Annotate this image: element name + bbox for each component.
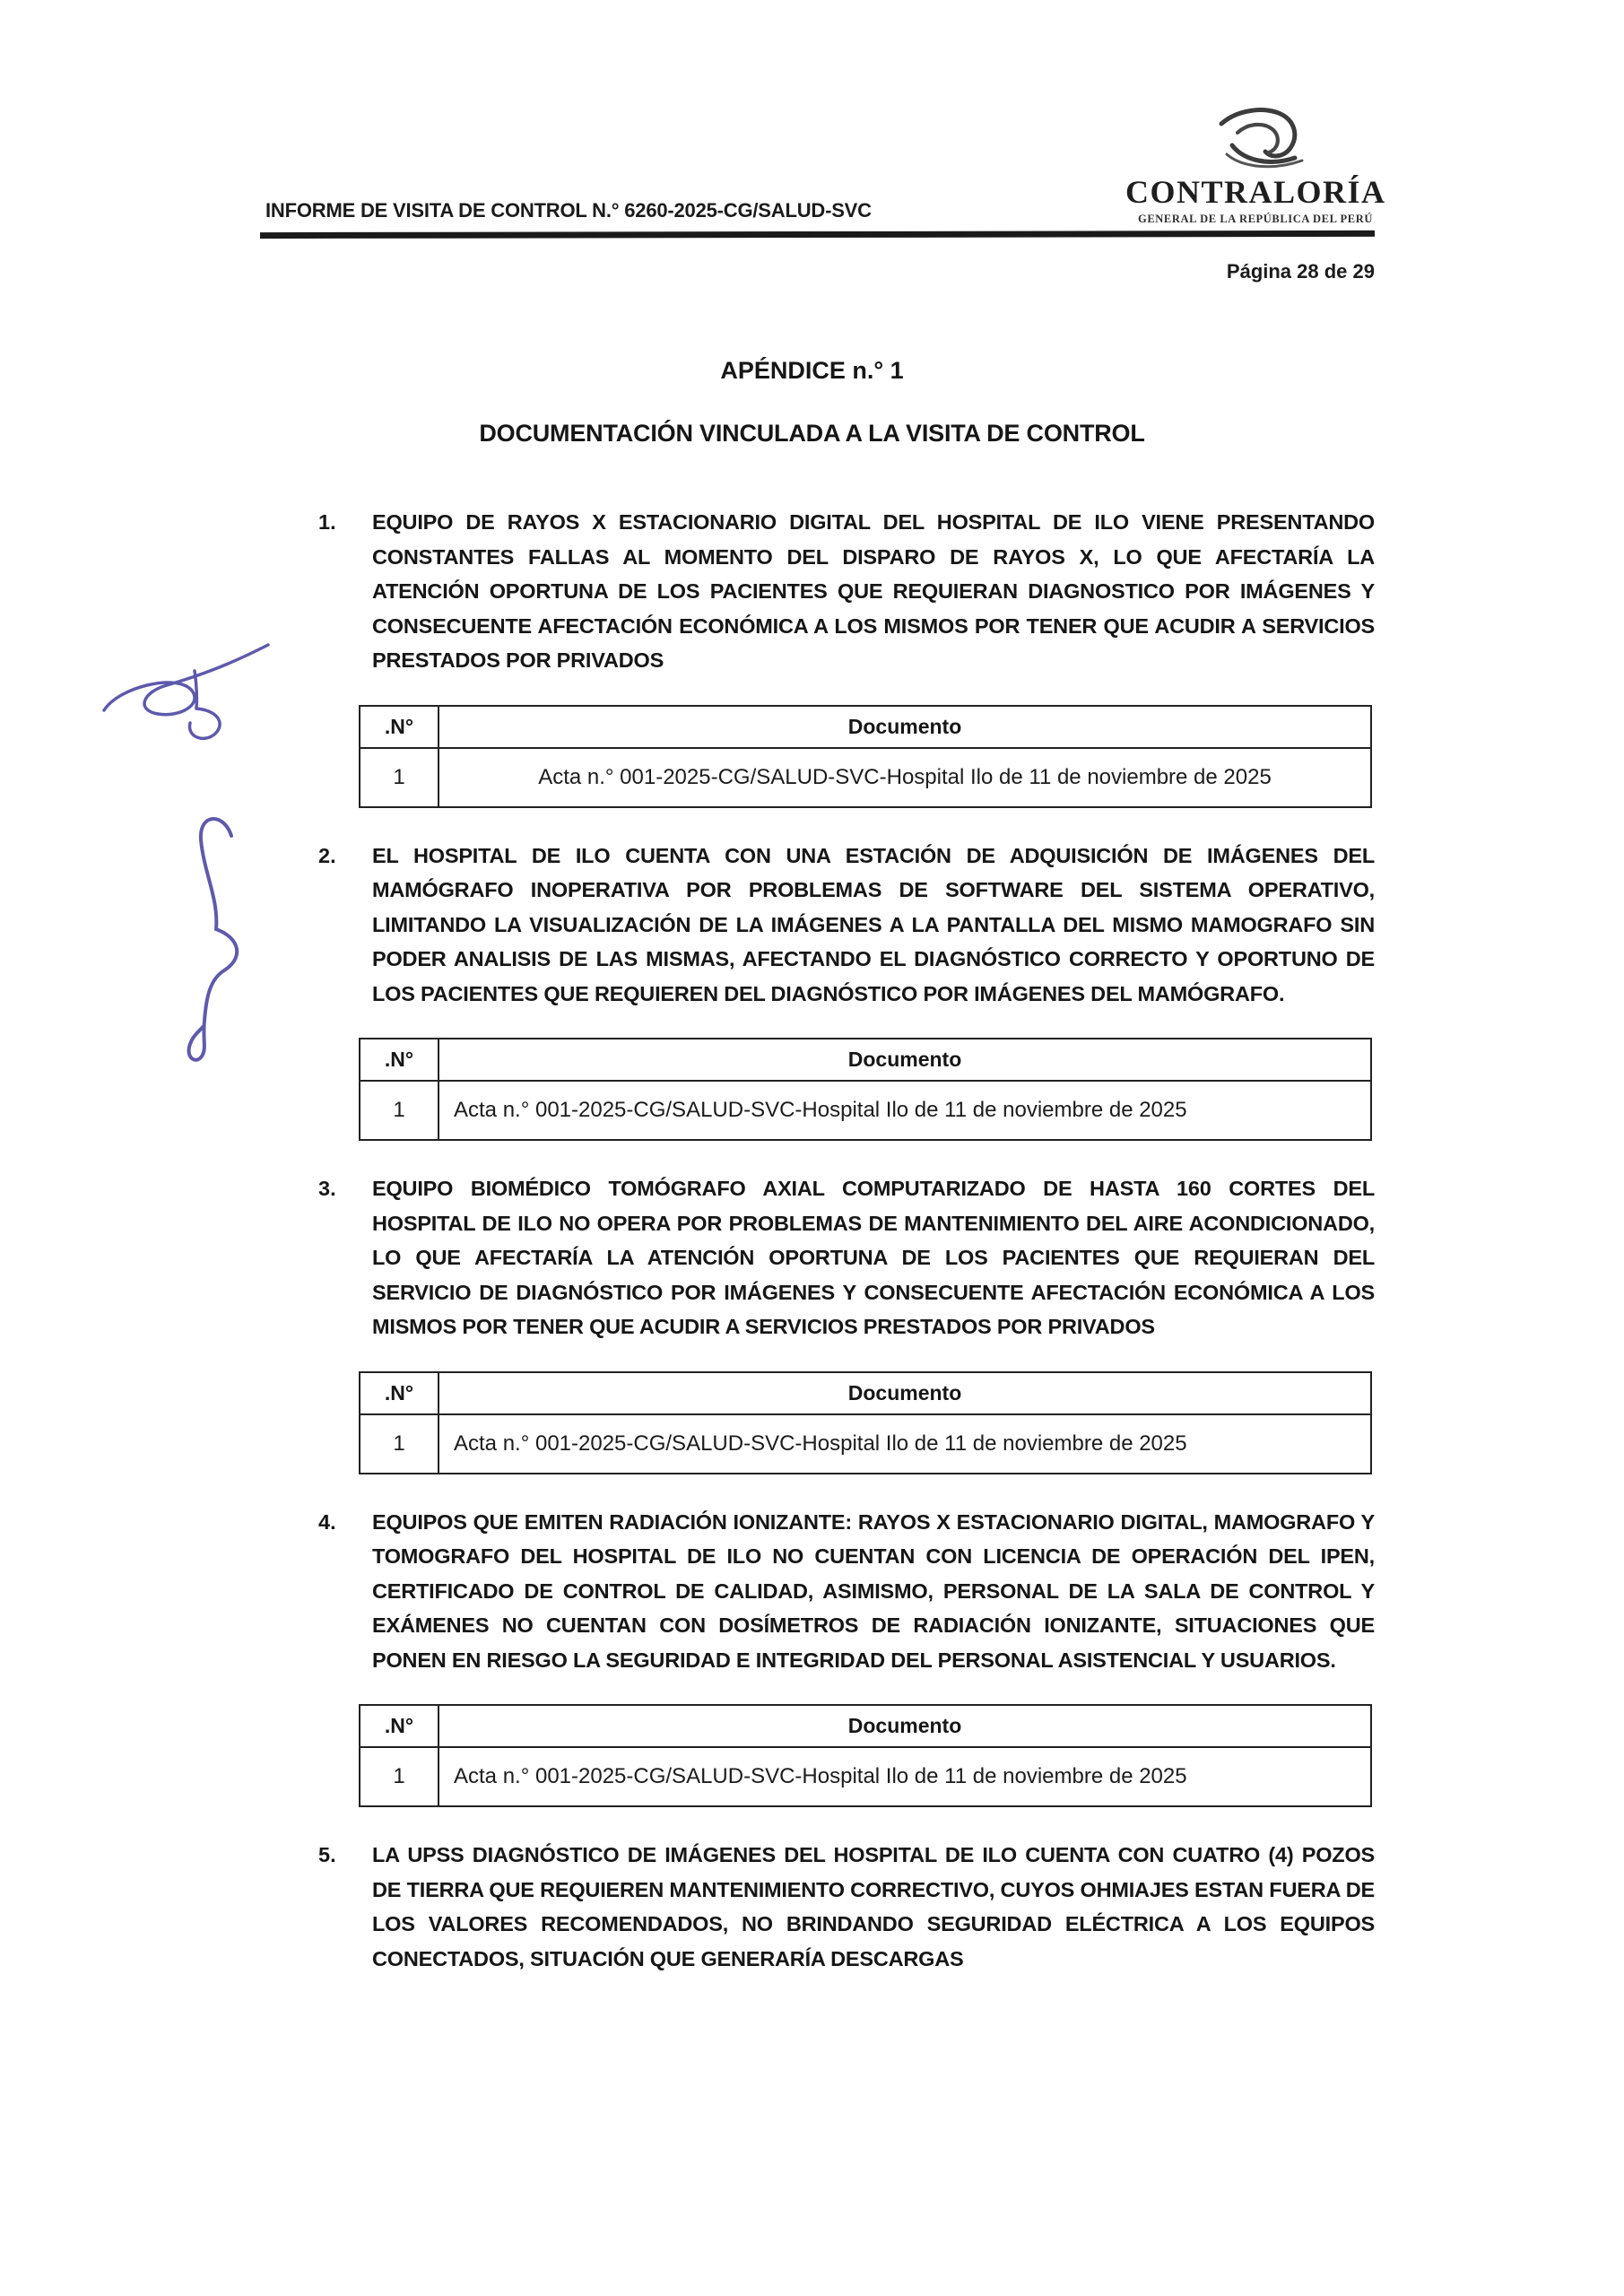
finding-item-2: 2. EL HOSPITAL DE ILO CUENTA CON UNA EST… <box>318 839 1375 1012</box>
finding-item-5: 5. LA UPSS DIAGNÓSTICO DE IMÁGENES DEL H… <box>318 1838 1375 1976</box>
column-header-num: .N° <box>360 1372 439 1414</box>
documents-table-wrap-2: .N° Documento 1 Acta n.° 001-2025-CG/SAL… <box>359 1038 1372 1141</box>
finding-item-4: 4. EQUIPOS QUE EMITEN RADIACIÓN IONIZANT… <box>318 1505 1375 1678</box>
table-header-row: .N° Documento <box>360 1372 1371 1414</box>
documents-table-wrap-1: .N° Documento 1 Acta n.° 001-2025-CG/SAL… <box>359 705 1372 808</box>
finding-text: EL HOSPITAL DE ILO CUENTA CON UNA ESTACI… <box>372 839 1375 1012</box>
finding-item-1: 1. EQUIPO DE RAYOS X ESTACIONARIO DIGITA… <box>318 505 1375 678</box>
logo-subtitle: GENERAL DE LA REPÚBLICA DEL PERÚ <box>1125 213 1385 226</box>
finding-number: 5. <box>318 1838 372 1976</box>
document-name-cell: Acta n.° 001-2025-CG/SALUD-SVC-Hospital … <box>439 1081 1371 1140</box>
finding-text: LA UPSS DIAGNÓSTICO DE IMÁGENES DEL HOSP… <box>372 1838 1375 1976</box>
finding-number: 1. <box>318 505 372 678</box>
logo-title: CONTRALORÍA <box>1125 176 1385 210</box>
appendix-body: 1. EQUIPO DE RAYOS X ESTACIONARIO DIGITA… <box>318 505 1375 1976</box>
document-name-cell: Acta n.° 001-2025-CG/SALUD-SVC-Hospital … <box>439 748 1371 807</box>
row-number-cell: 1 <box>360 748 439 807</box>
finding-text: EQUIPO DE RAYOS X ESTACIONARIO DIGITAL D… <box>372 505 1375 678</box>
signature-mark-1 <box>104 645 268 738</box>
document-subtitle: DOCUMENTACIÓN VINCULADA A LA VISITA DE C… <box>0 420 1624 448</box>
column-header-num: .N° <box>360 706 439 748</box>
documents-table-2: .N° Documento 1 Acta n.° 001-2025-CG/SAL… <box>359 1038 1372 1141</box>
header-divider-rule <box>260 230 1375 239</box>
finding-number: 3. <box>318 1171 372 1344</box>
table-row: 1 Acta n.° 001-2025-CG/SALUD-SVC-Hospita… <box>360 1081 1371 1140</box>
row-number-cell: 1 <box>360 1081 439 1140</box>
row-number-cell: 1 <box>360 1414 439 1474</box>
document-name-cell: Acta n.° 001-2025-CG/SALUD-SVC-Hospital … <box>439 1747 1371 1806</box>
column-header-documento: Documento <box>439 706 1371 748</box>
column-header-documento: Documento <box>439 1372 1371 1414</box>
table-header-row: .N° Documento <box>360 1039 1371 1081</box>
document-name-cell: Acta n.° 001-2025-CG/SALUD-SVC-Hospital … <box>439 1414 1371 1474</box>
column-header-num: .N° <box>360 1039 439 1081</box>
column-header-documento: Documento <box>439 1705 1371 1747</box>
table-header-row: .N° Documento <box>360 706 1371 748</box>
finding-number: 4. <box>318 1505 372 1678</box>
finding-text: EQUIPOS QUE EMITEN RADIACIÓN IONIZANTE: … <box>372 1505 1375 1678</box>
column-header-documento: Documento <box>439 1039 1371 1081</box>
documents-table-wrap-4: .N° Documento 1 Acta n.° 001-2025-CG/SAL… <box>359 1704 1372 1807</box>
contraloria-swirl-icon <box>1202 106 1309 172</box>
table-header-row: .N° Documento <box>360 1705 1371 1747</box>
contraloria-logo: CONTRALORÍA GENERAL DE LA REPÚBLICA DEL … <box>1125 106 1385 226</box>
documents-table-4: .N° Documento 1 Acta n.° 001-2025-CG/SAL… <box>359 1704 1372 1807</box>
documents-table-wrap-3: .N° Documento 1 Acta n.° 001-2025-CG/SAL… <box>359 1371 1372 1474</box>
documents-table-3: .N° Documento 1 Acta n.° 001-2025-CG/SAL… <box>359 1371 1372 1474</box>
signature-mark-2 <box>189 819 238 1060</box>
finding-number: 2. <box>318 839 372 1012</box>
column-header-num: .N° <box>360 1705 439 1747</box>
finding-text: EQUIPO BIOMÉDICO TOMÓGRAFO AXIAL COMPUTA… <box>372 1171 1375 1344</box>
row-number-cell: 1 <box>360 1747 439 1806</box>
document-page: INFORME DE VISITA DE CONTROL N.° 6260-20… <box>0 0 1624 2296</box>
report-number-heading: INFORME DE VISITA DE CONTROL N.° 6260-20… <box>265 199 872 222</box>
finding-item-3: 3. EQUIPO BIOMÉDICO TOMÓGRAFO AXIAL COMP… <box>318 1171 1375 1344</box>
documents-table-1: .N° Documento 1 Acta n.° 001-2025-CG/SAL… <box>359 705 1372 808</box>
table-row: 1 Acta n.° 001-2025-CG/SALUD-SVC-Hospita… <box>360 1747 1371 1806</box>
table-row: 1 Acta n.° 001-2025-CG/SALUD-SVC-Hospita… <box>360 748 1371 807</box>
appendix-title: APÉNDICE n.° 1 <box>0 357 1624 385</box>
table-row: 1 Acta n.° 001-2025-CG/SALUD-SVC-Hospita… <box>360 1414 1371 1474</box>
page-number-indicator: Página 28 de 29 <box>1106 260 1375 283</box>
